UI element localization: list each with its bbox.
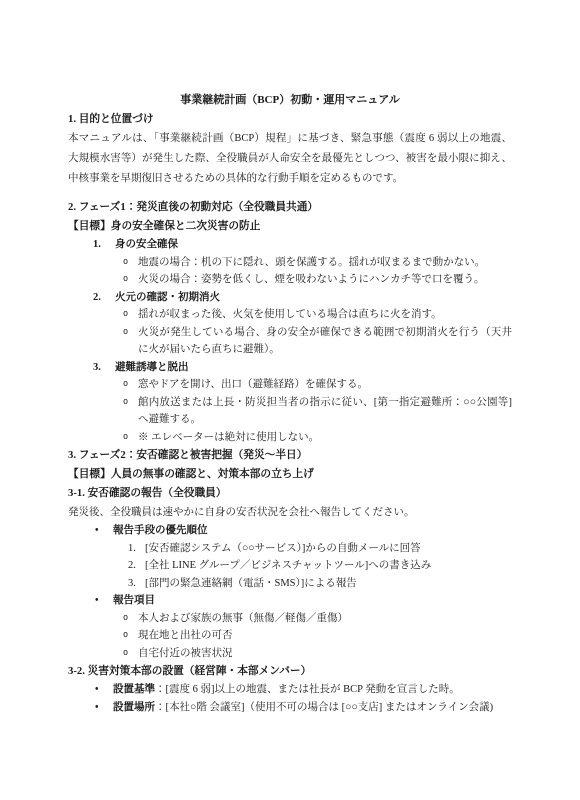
phase2-goal: 【目標】人員の無事の確認と、対策本部の立ち上げ — [68, 465, 512, 484]
phase1-step-2-bullet-1: o 揺れが収まった後、火気を使用している場合は直ちに火を消す。 — [68, 306, 512, 324]
phase1-step-1-bullet-2: o 火災の場合：姿勢を低くし、煙を吸わないようにハンカチ等で口を覆う。 — [68, 271, 512, 289]
hq-item-label: 設置場所 — [113, 702, 155, 713]
circle-bullet-icon: o — [123, 376, 138, 394]
bullet-icon: • — [95, 699, 113, 717]
section1-body: 本マニュアルは、「事業継続計画（BCP）規程」に基づき、緊急事態（震度 6 弱以… — [68, 129, 512, 189]
priority-item-text: [安否確認システム（○○サービス）]からの自動メールに回答 — [145, 540, 512, 558]
circle-bullet-icon: o — [123, 324, 138, 359]
phase1-heading: 2. フェーズ1：発災直後の初動対応（全役職員共通） — [68, 198, 512, 217]
phase1-step-1-bullet-1: o 地震の場合：机の下に隠れ、頭を保護する。揺れが収まるまで動かない。 — [68, 254, 512, 272]
phase1-step-3-bullet-1: o 窓やドアを開け、出口（避難経路）を確保する。 — [68, 376, 512, 394]
bullet-text: 火災が発生している場合、身の安全が確保できる範囲で初期消火を行う（天井に火が届い… — [138, 324, 512, 359]
priority-item-1: 1. [安否確認システム（○○サービス）]からの自動メールに回答 — [68, 540, 512, 558]
bullet-text: 火災の場合：姿勢を低くし、煙を吸わないようにハンカチ等で口を覆う。 — [138, 271, 512, 289]
priority-item-text: [全社 LINE グループ／ビジネスチャットツール]への書き込み — [145, 557, 512, 575]
bullet-icon: • — [95, 681, 113, 699]
section1-heading: 1. 目的と位置づけ — [68, 110, 512, 129]
bullet-text: 自宅付近の被害状況 — [138, 645, 512, 663]
bullet-text: ※ エレベーターは絶対に使用しない。 — [138, 429, 512, 447]
report-items-title-row: • 報告項目 — [68, 592, 512, 610]
hq-item-value: ：[本社○階 会議室]（使用不可の場合は [○○支店] またはオンライン会議) — [155, 702, 493, 713]
report-item-2: o 現在地と出社の可否 — [68, 627, 512, 645]
list-number: 1. — [128, 540, 145, 558]
priority-item-3: 3. [部門の緊急連絡網（電話・SMS）]による報告 — [68, 575, 512, 593]
list-number: 1. — [93, 236, 115, 254]
section31-heading: 3-1. 安否確認の報告（全役職員） — [68, 484, 512, 503]
hq-item-text: 設置場所：[本社○階 会議室]（使用不可の場合は [○○支店] またはオンライン… — [113, 699, 512, 717]
list-number: 2. — [128, 557, 145, 575]
bullet-icon: • — [95, 592, 113, 610]
circle-bullet-icon: o — [123, 394, 138, 429]
phase1-step-2-bullet-2: o 火災が発生している場合、身の安全が確保できる範囲で初期消火を行う（天井に火が… — [68, 324, 512, 359]
circle-bullet-icon: o — [123, 254, 138, 272]
bullet-text: 本人および家族の無事（無傷／軽傷／重傷） — [138, 610, 512, 628]
bullet-text: 窓やドアを開け、出口（避難経路）を確保する。 — [138, 376, 512, 394]
group-title: 報告手段の優先順位 — [113, 522, 512, 540]
bullet-text: 館内放送または上長・防災担当者の指示に従い、[第一指定避難所：○○公園等]へ避難… — [138, 394, 512, 429]
step-title: 身の安全確保 — [115, 236, 512, 254]
hq-item-1: • 設置基準：[震度 6 弱]以上の地震、または社長が BCP 発動を宣言した時… — [68, 681, 512, 699]
hq-item-text: 設置基準：[震度 6 弱]以上の地震、または社長が BCP 発動を宣言した時。 — [113, 681, 512, 699]
hq-item-value: ：[震度 6 弱]以上の地震、または社長が BCP 発動を宣言した時。 — [155, 684, 460, 695]
phase1-step-3-bullet-3: o ※ エレベーターは絶対に使用しない。 — [68, 429, 512, 447]
phase1-step-3: 3. 避難誘導と脱出 — [68, 359, 512, 377]
circle-bullet-icon: o — [123, 271, 138, 289]
hq-item-2: • 設置場所：[本社○階 会議室]（使用不可の場合は [○○支店] またはオンラ… — [68, 699, 512, 717]
list-number: 2. — [93, 289, 115, 307]
hq-item-label: 設置基準 — [113, 684, 155, 695]
report-item-1: o 本人および家族の無事（無傷／軽傷／重傷） — [68, 610, 512, 628]
step-title: 避難誘導と脱出 — [115, 359, 512, 377]
circle-bullet-icon: o — [123, 306, 138, 324]
phase1-step-1: 1. 身の安全確保 — [68, 236, 512, 254]
circle-bullet-icon: o — [123, 429, 138, 447]
list-number: 3. — [93, 359, 115, 377]
bullet-text: 揺れが収まった後、火気を使用している場合は直ちに火を消す。 — [138, 306, 512, 324]
document-page: 事業継続計画（BCP）初動・運用マニュアル 1. 目的と位置づけ 本マニュアルは… — [0, 0, 580, 800]
phase2-heading: 3. フェーズ2：安否確認と被害把握（発災～半日） — [68, 446, 512, 465]
section32-heading: 3-2. 災害対策本部の設置（経営陣・本部メンバー） — [68, 662, 512, 681]
circle-bullet-icon: o — [123, 610, 138, 628]
circle-bullet-icon: o — [123, 627, 138, 645]
bullet-text: 地震の場合：机の下に隠れ、頭を保護する。揺れが収まるまで動かない。 — [138, 254, 512, 272]
section31-intro: 発災後、全役職員は速やかに自身の安否状況を会社へ報告してください。 — [68, 503, 512, 522]
step-title: 火元の確認・初期消火 — [115, 289, 512, 307]
phase1-step-2: 2. 火元の確認・初期消火 — [68, 289, 512, 307]
bullet-icon: • — [95, 522, 113, 540]
phase1-goal: 【目標】身の安全確保と二次災害の防止 — [68, 217, 512, 236]
list-number: 3. — [128, 575, 145, 593]
circle-bullet-icon: o — [123, 645, 138, 663]
bullet-text: 現在地と出社の可否 — [138, 627, 512, 645]
group-title: 報告項目 — [113, 592, 512, 610]
doc-title: 事業継続計画（BCP）初動・運用マニュアル — [68, 91, 512, 110]
phase1-step-3-bullet-2: o 館内放送または上長・防災担当者の指示に従い、[第一指定避難所：○○公園等]へ… — [68, 394, 512, 429]
priority-item-2: 2. [全社 LINE グループ／ビジネスチャットツール]への書き込み — [68, 557, 512, 575]
report-item-3: o 自宅付近の被害状況 — [68, 645, 512, 663]
priority-title-row: • 報告手段の優先順位 — [68, 522, 512, 540]
priority-item-text: [部門の緊急連絡網（電話・SMS）]による報告 — [145, 575, 512, 593]
